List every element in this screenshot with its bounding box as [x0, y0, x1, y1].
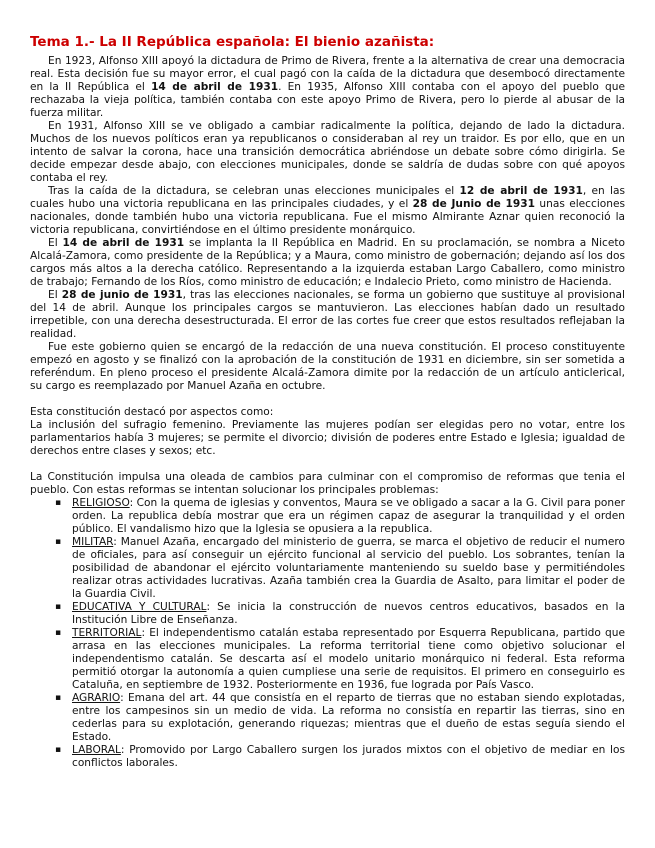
paragraph: La inclusión del sufragio femenino. Prev… — [30, 419, 625, 458]
square-bullet-icon: ▪ — [55, 536, 61, 549]
reform-item: ▪AGRARIO: Emana del art. 44 que consistí… — [30, 692, 625, 744]
paragraph: En 1923, Alfonso XIII apoyó la dictadura… — [30, 55, 625, 120]
square-bullet-icon: ▪ — [55, 627, 61, 640]
reform-label: RELIGIOSO — [72, 497, 130, 509]
reform-text: : Manuel Azaña, encargado del ministerio… — [72, 536, 625, 600]
square-bullet-icon: ▪ — [55, 497, 61, 510]
paragraph: En 1931, Alfonso XIII se ve obligado a c… — [30, 120, 625, 185]
reform-text: : Emana del art. 44 que consistía en el … — [72, 692, 625, 743]
bold-text-run: 14 de abril de 1931 — [151, 81, 278, 93]
paragraph: El 28 de junio de 1931, tras las eleccio… — [30, 289, 625, 341]
reform-item: ▪TERRITORIAL: El independentismo catalán… — [30, 627, 625, 692]
reforms-list: ▪RELIGIOSO: Con la quema de iglesias y c… — [30, 497, 625, 770]
square-bullet-icon: ▪ — [55, 601, 61, 614]
square-bullet-icon: ▪ — [55, 744, 61, 757]
bold-text-run: 28 de junio de 1931 — [62, 289, 183, 301]
paragraph: Tras la caída de la dictadura, se celebr… — [30, 185, 625, 237]
reform-item: ▪MILITAR: Manuel Azaña, encargado del mi… — [30, 536, 625, 601]
reform-item: ▪RELIGIOSO: Con la quema de iglesias y c… — [30, 497, 625, 536]
text-run: La Constitución impulsa una oleada de ca… — [30, 471, 625, 496]
document-paragraphs: En 1923, Alfonso XIII apoyó la dictadura… — [30, 55, 625, 497]
reform-label: TERRITORIAL — [72, 627, 141, 639]
reform-text: : Con la quema de iglesias y conventos, … — [72, 497, 625, 535]
paragraph: La Constitución impulsa una oleada de ca… — [30, 471, 625, 497]
paragraph: Esta constitución destacó por aspectos c… — [30, 406, 625, 419]
document-page: Tema 1.- La II República española: El bi… — [0, 0, 655, 848]
bold-text-run: 14 de abril de 1931 — [62, 237, 184, 249]
blank-line — [30, 393, 625, 406]
text-run: Esta constitución destacó por aspectos c… — [30, 406, 273, 418]
paragraph: Fue este gobierno quien se encargó de la… — [30, 341, 625, 393]
text-run: El — [48, 237, 62, 249]
reform-label: LABORAL — [72, 744, 121, 756]
reform-label: MILITAR — [72, 536, 113, 548]
text-run: Tras la caída de la dictadura, se celebr… — [48, 185, 459, 197]
blank-line — [30, 458, 625, 471]
bold-text-run: 12 de abril de 1931 — [459, 185, 582, 197]
text-run: El — [48, 289, 62, 301]
reform-item: ▪EDUCATIVA Y CULTURAL: Se inicia la cons… — [30, 601, 625, 627]
reform-text: : Promovido por Largo Caballero surgen l… — [72, 744, 625, 769]
text-run: Fue este gobierno quien se encargó de la… — [30, 341, 625, 392]
text-run: En 1931, Alfonso XIII se ve obligado a c… — [30, 120, 625, 184]
paragraph: El 14 de abril de 1931 se implanta la II… — [30, 237, 625, 289]
reform-text: : El independentismo catalán estaba repr… — [72, 627, 625, 691]
document-title: Tema 1.- La II República española: El bi… — [30, 34, 625, 51]
text-run: La inclusión del sufragio femenino. Prev… — [30, 419, 625, 457]
reform-item: ▪LABORAL: Promovido por Largo Caballero … — [30, 744, 625, 770]
reform-label: AGRARIO — [72, 692, 120, 704]
bold-text-run: 28 de Junio de 1931 — [413, 198, 535, 210]
reform-label: EDUCATIVA Y CULTURAL — [72, 601, 206, 613]
square-bullet-icon: ▪ — [55, 692, 61, 705]
